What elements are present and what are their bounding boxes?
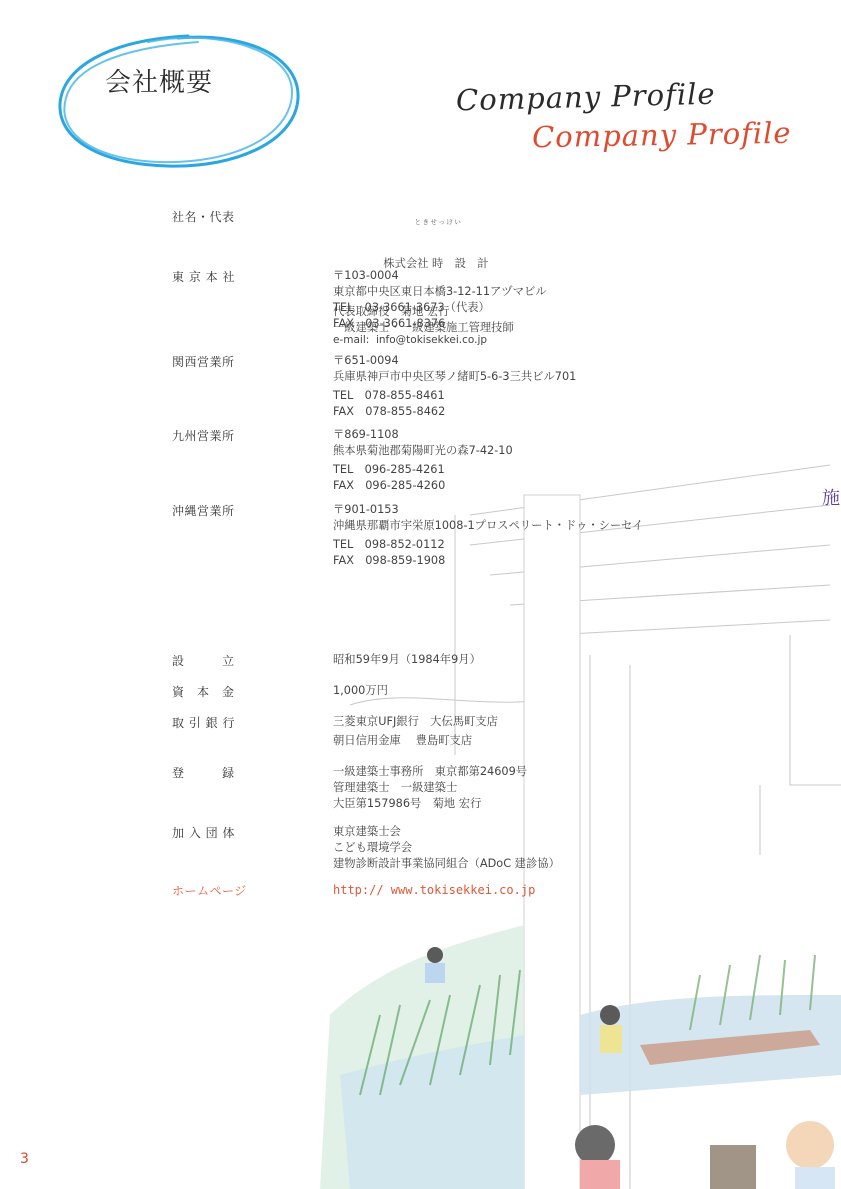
label-company: 社名・代表 [172, 208, 235, 225]
title-circle-decoration [48, 28, 308, 178]
fax: FAX 098-859-1908 [333, 553, 643, 569]
tel: TEL 096-285-4261 [333, 462, 513, 478]
address: 東京都中央区東日本橋3-12-11アヅマビル [333, 284, 547, 300]
postal-code: 〒869-1108 [333, 427, 513, 443]
value-kansai: 〒651-0094 兵庫県神戸市中央区琴ノ緒町5-6-3三共ビル701 TEL … [333, 353, 576, 420]
label-registration: 登 録 [172, 764, 235, 781]
value-registration: 一級建築士事務所 東京都第24609号 管理建築士 一級建築士 大臣第15798… [333, 764, 527, 812]
value-okinawa: 〒901-0153 沖縄県那覇市宇栄原1008-1プロスペリート・ドゥ・シーセイ… [333, 502, 643, 569]
fax: FAX 096-285-4260 [333, 478, 513, 494]
email[interactable]: e-mail: info@tokisekkei.co.jp [333, 332, 547, 348]
value-tokyo-hq: 〒103-0004 東京都中央区東日本橋3-12-11アヅマビル TEL 03-… [333, 268, 547, 348]
postal-code: 〒103-0004 [333, 268, 547, 284]
fax: FAX 078-855-8462 [333, 404, 576, 420]
label-tokyo-hq: 東 京 本 社 [172, 268, 235, 285]
homepage-link[interactable]: http:// www.tokisekkei.co.jp [333, 883, 535, 897]
fax: FAX 03-3661-8376 [333, 316, 547, 332]
tel: TEL 078-855-8461 [333, 388, 576, 404]
value-homepage: http:// www.tokisekkei.co.jp [333, 882, 535, 899]
value-capital: 1,000万円 [333, 683, 388, 699]
company-name-ruby: ときせっけい [415, 214, 463, 230]
page-number: 3 [20, 1151, 29, 1167]
value-banks: 三菱東京UFJ銀行 大伝馬町支店 朝日信用金庫 豊島町支店 [333, 714, 498, 749]
tel: TEL 03-3661-3673（代表） [333, 300, 547, 316]
company-profile-title-black: Company Profile [456, 77, 716, 118]
label-banks: 取 引 銀 行 [172, 714, 235, 731]
label-memberships: 加 入 団 体 [172, 824, 235, 841]
page-title: 会社概要 [105, 62, 213, 99]
label-established: 設 立 [172, 652, 235, 669]
label-homepage: ホームページ [172, 882, 247, 899]
address: 兵庫県神戸市中央区琴ノ緒町5-6-3三共ビル701 [333, 369, 576, 385]
tel: TEL 098-852-0112 [333, 537, 643, 553]
label-capital: 資 本 金 [172, 683, 235, 700]
label-kyushu: 九州営業所 [172, 427, 235, 444]
value-kyushu: 〒869-1108 熊本県菊池郡菊陽町光の森7-42-10 TEL 096-28… [333, 427, 513, 494]
postal-code: 〒651-0094 [333, 353, 576, 369]
address: 熊本県菊池郡菊陽町光の森7-42-10 [333, 443, 513, 459]
postal-code: 〒901-0153 [333, 502, 643, 518]
label-okinawa: 沖縄営業所 [172, 502, 235, 519]
value-established: 昭和59年9月（1984年9月） [333, 652, 481, 668]
side-heading-fragment: 施 [822, 484, 840, 510]
company-profile-title-red: Company Profile [532, 116, 792, 155]
value-memberships: 東京建築士会 こども環境学会 建物診断設計事業協同組合（ADoC 建診協） [333, 824, 560, 872]
address: 沖縄県那覇市宇栄原1008-1プロスペリート・ドゥ・シーセイ [333, 518, 643, 534]
label-kansai: 関西営業所 [172, 353, 235, 370]
